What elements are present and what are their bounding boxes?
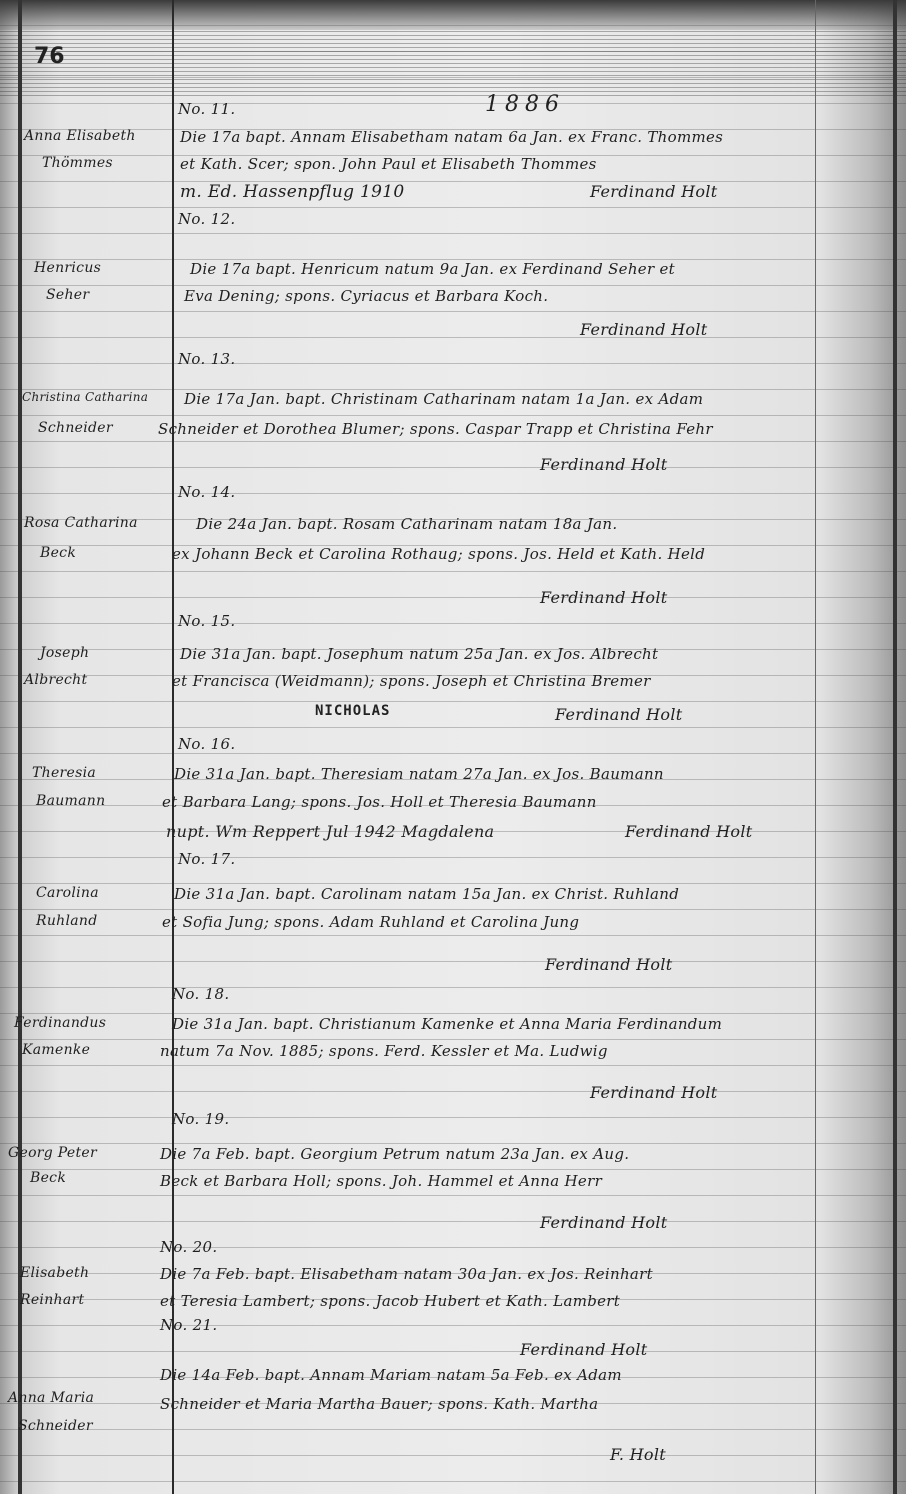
entry-line: Die 7a Feb. bapt. Georgium Petrum natum …	[160, 1145, 629, 1163]
margin-name: Rosa Catharina	[24, 515, 138, 531]
right-ruled-line	[815, 0, 816, 1494]
margin-name: Joseph	[40, 645, 89, 661]
margin-surname: Albrecht	[24, 672, 87, 688]
entry-number: No. 13.	[178, 350, 235, 368]
margin-surname: Baumann	[36, 793, 105, 809]
entry-line: Schneider et Dorothea Blumer; spons. Cas…	[158, 420, 713, 438]
priest-signature: Ferdinand Holt	[625, 822, 753, 841]
entry-line: et Barbara Lang; spons. Jos. Holl et The…	[162, 793, 597, 811]
entry-number: No. 16.	[178, 735, 235, 753]
margin-name: Christina Catharina	[22, 390, 148, 404]
entry-line: Schneider et Maria Martha Bauer; spons. …	[160, 1395, 598, 1413]
entry-line: Die 31a Jan. bapt. Carolinam natam 15a J…	[174, 885, 679, 903]
priest-signature: Ferdinand Holt	[590, 1083, 718, 1102]
later-annotation: nupt. Wm Reppert Jul 1942 Magdalena	[166, 822, 494, 841]
entry-number: No. 11.	[178, 100, 235, 118]
entry-line: Die 17a bapt. Annam Elisabetham natam 6a…	[180, 128, 723, 146]
entry-number: No. 17.	[178, 850, 235, 868]
margin-name: Georg Peter	[8, 1145, 97, 1161]
later-annotation: m. Ed. Hassenpflug 1910	[180, 182, 404, 202]
priest-signature: Ferdinand Holt	[540, 1213, 668, 1232]
margin-surname: Schneider	[38, 420, 113, 436]
register-year: 1886	[485, 92, 565, 117]
margin-surname: Schneider	[18, 1418, 93, 1434]
priest-signature: Ferdinand Holt	[520, 1340, 648, 1359]
entry-number: No. 15.	[178, 612, 235, 630]
entry-line: Die 31a Jan. bapt. Josephum natum 25a Ja…	[180, 645, 658, 663]
priest-signature: Ferdinand Holt	[540, 455, 668, 474]
entry-line: Die 17a Jan. bapt. Christinam Catharinam…	[184, 390, 703, 408]
entry-line: natum 7a Nov. 1885; spons. Ferd. Kessler…	[160, 1042, 608, 1060]
priest-signature: Ferdinand Holt	[545, 955, 673, 974]
margin-name: Theresia	[32, 765, 96, 781]
ruled-header-lines	[0, 28, 906, 98]
margin-name: Carolina	[36, 885, 99, 901]
margin-surname: Seher	[46, 287, 89, 303]
margin-surname: Kamenke	[22, 1042, 90, 1058]
entry-line: et Kath. Scer; spon. John Paul et Elisab…	[180, 155, 597, 173]
entry-number: No. 18.	[172, 985, 229, 1003]
right-page-edge	[893, 0, 897, 1494]
register-page: 76 1886 No. 11. Anna Elisabeth Thömmes D…	[0, 0, 906, 1494]
priest-signature: Ferdinand Holt	[555, 705, 683, 724]
entry-line: Eva Dening; spons. Cyriacus et Barbara K…	[184, 287, 548, 305]
margin-surname: Ruhland	[36, 913, 97, 929]
entry-line: ex Johann Beck et Carolina Rothaug; spon…	[172, 545, 705, 563]
entry-number: No. 20.	[160, 1238, 217, 1256]
priest-signature: F. Holt	[610, 1445, 666, 1464]
entry-number: No. 21.	[160, 1316, 217, 1334]
entry-line: Die 31a Jan. bapt. Christianum Kamenke e…	[172, 1015, 722, 1033]
margin-name: Henricus	[34, 260, 101, 276]
margin-annotation-stamp: NICHOLAS	[315, 703, 390, 719]
margin-name: Ferdinandus	[14, 1015, 106, 1031]
entry-line: Die 31a Jan. bapt. Theresiam natam 27a J…	[174, 765, 664, 783]
entry-number: No. 14.	[178, 483, 235, 501]
priest-signature: Ferdinand Holt	[590, 182, 718, 201]
entry-line: Beck et Barbara Holl; spons. Joh. Hammel…	[160, 1172, 602, 1190]
margin-name: Anna Maria	[8, 1390, 94, 1406]
entry-line: et Teresia Lambert; spons. Jacob Hubert …	[160, 1292, 620, 1310]
entry-line: et Francisca (Weidmann); spons. Joseph e…	[172, 672, 651, 690]
entry-number: No. 19.	[172, 1110, 229, 1128]
priest-signature: Ferdinand Holt	[540, 588, 668, 607]
scan-top-shadow	[0, 0, 906, 30]
margin-surname: Beck	[40, 545, 76, 561]
entry-line: Die 17a bapt. Henricum natum 9a Jan. ex …	[190, 260, 675, 278]
entry-number: No. 12.	[178, 210, 235, 228]
entry-line: Die 14a Feb. bapt. Annam Mariam natam 5a…	[160, 1366, 622, 1384]
margin-surname: Beck	[30, 1170, 66, 1186]
entry-line: Die 24a Jan. bapt. Rosam Catharinam nata…	[196, 515, 617, 533]
margin-name: Elisabeth	[20, 1265, 89, 1281]
margin-surname: Thömmes	[42, 155, 113, 171]
entry-line: Die 7a Feb. bapt. Elisabetham natam 30a …	[160, 1265, 653, 1283]
priest-signature: Ferdinand Holt	[580, 320, 708, 339]
margin-surname: Reinhart	[20, 1292, 84, 1308]
margin-name: Anna Elisabeth	[24, 128, 136, 144]
entry-line: et Sofia Jung; spons. Adam Ruhland et Ca…	[162, 913, 579, 931]
page-number: 76	[34, 44, 65, 69]
